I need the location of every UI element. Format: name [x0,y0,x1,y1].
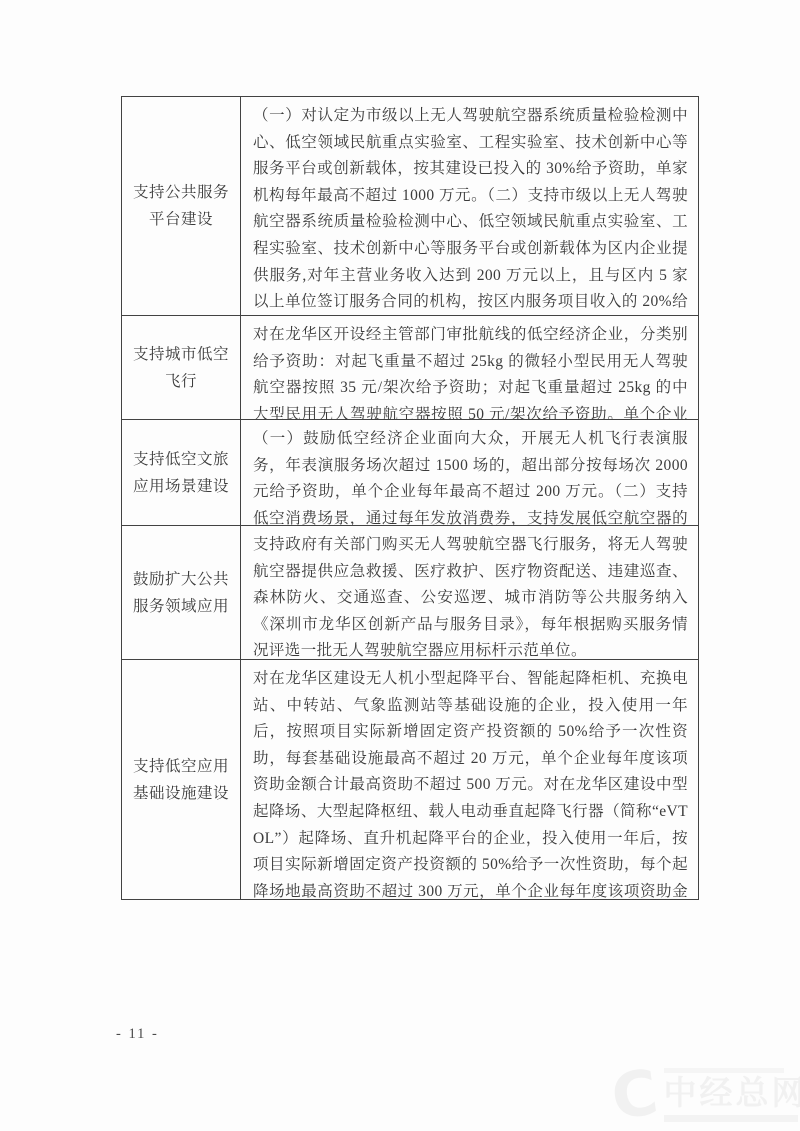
watermark-small-text-strip [664,1068,784,1073]
table-row: 支持低空文旅应用场景建设 （一）鼓励低空经济企业面向大众，开展无人机飞行表演服务… [122,419,698,525]
table-row: 鼓励扩大公共服务领域应用 支持政府有关部门购买无人驾驶航空器飞行服务，将无人驾驶… [122,525,698,659]
category-cell: 支持城市低空飞行 [122,316,241,419]
watermark-subtitle-strip [664,1115,798,1122]
description-cell: （一）对认定为市级以上无人驾驶航空器系统质量检验检测中心、低空领域民航重点实验室… [241,97,698,315]
description-cell: 支持政府有关部门购买无人驾驶航空器飞行服务，将无人驾驶航空器提供应急救援、医疗救… [241,526,698,659]
watermark-c-logo-icon: C [608,1062,661,1128]
table-row: 支持公共服务平台建设 （一）对认定为市级以上无人驾驶航空器系统质量检验检测中心、… [122,97,698,315]
watermark: C 中经总网 [612,1058,800,1131]
table-row: 支持低空应用基础设施建设 对在龙华区建设无人机小型起降平台、智能起降柜机、充换电… [122,659,698,899]
page-number: - 11 - [116,1026,159,1043]
table-row: 支持城市低空飞行 对在龙华区开设经主管部门审批航线的低空经济企业，分类别给予资助… [122,315,698,419]
category-cell: 支持低空文旅应用场景建设 [122,420,241,525]
category-cell: 鼓励扩大公共服务领域应用 [122,526,241,659]
watermark-text: 中经总网 [664,1076,800,1112]
category-cell: 支持低空应用基础设施建设 [122,660,241,899]
description-cell: 对在龙华区开设经主管部门审批航线的低空经济企业，分类别给予资助：对起飞重量不超过… [241,316,698,419]
description-cell: （一）鼓励低空经济企业面向大众，开展无人机飞行表演服务，年表演服务场次超过 15… [241,420,698,525]
subsidy-policy-table: 支持公共服务平台建设 （一）对认定为市级以上无人驾驶航空器系统质量检验检测中心、… [121,96,699,900]
description-cell: 对在龙华区建设无人机小型起降平台、智能起降柜机、充换电站、中转站、气象监测站等基… [241,660,698,899]
category-cell: 支持公共服务平台建设 [122,97,241,315]
document-page: 支持公共服务平台建设 （一）对认定为市级以上无人驾驶航空器系统质量检验检测中心、… [0,0,800,1131]
